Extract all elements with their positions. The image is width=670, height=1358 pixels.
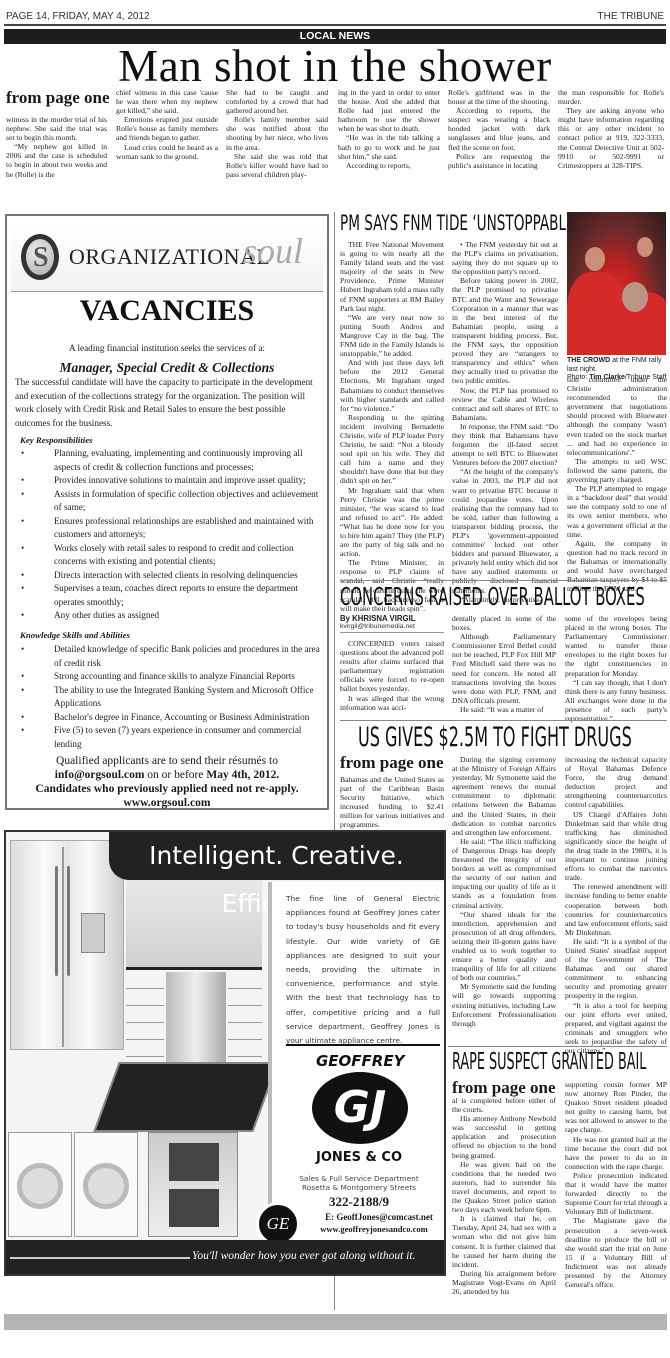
ad-banner: Intelligent. Creative. Efficient.: [109, 832, 444, 880]
drugs-headline-wrap: US GIVES $2.5M TO FIGHT DRUGS: [358, 722, 670, 754]
skills-heading: Knowledge Skills and Abilities: [20, 630, 130, 640]
bail-column-2: supporting cousin former MP now attorney…: [565, 1080, 667, 1289]
page-info: PAGE 14, FRIDAY, MAY 4, 2012: [6, 11, 150, 22]
lead-jump-label: from page one: [6, 88, 110, 108]
apply-email-link[interactable]: info@orgsoul.com: [55, 769, 145, 781]
cabinet-image: [228, 972, 262, 1072]
story-divider: [340, 580, 667, 581]
lead-column-6: the man responsible for Rolle's murder. …: [558, 88, 664, 170]
responsibilities-heading: Key Responsibilities: [20, 435, 93, 445]
bail-column-1: al is completed before either of the cou…: [452, 1096, 556, 1296]
ballot-headline-wrap: CONCERNS RAISED OVER BALLOT BOXES: [340, 582, 670, 612]
ballot-headline: CONCERNS RAISED OVER BALLOT BOXES: [340, 582, 558, 612]
author-email-link[interactable]: kvirgil@tribunemedia.net: [340, 623, 444, 633]
brand-bottom: JONES & CO: [272, 1150, 446, 1165]
list-item: Assists in formulation of specific colle…: [11, 488, 325, 515]
cooktop-image: [93, 1062, 278, 1132]
logo-script: soul: [243, 230, 303, 272]
lead-column-3: She had to be caught and comforted by a …: [226, 88, 328, 179]
fnm-headline: PM SAYS FNM TIDE ‘UNSTOPPABLE’: [340, 210, 578, 236]
lead-column-4: ing in the yard in order to enter the ho…: [338, 88, 440, 170]
ad-tagline-band: You'll wonder how you ever got along wit…: [6, 1240, 446, 1276]
gj-logo-icon: GJ: [312, 1072, 408, 1144]
ad-email-link[interactable]: E: GeoffJones@comcast.net: [312, 1212, 446, 1222]
list-item: The ability to use the Integrated Bankin…: [11, 684, 325, 711]
ad-text-panel: The fine line of General Electric applia…: [268, 882, 446, 1254]
list-item: Works closely with retail sales to respo…: [11, 542, 325, 569]
list-item: Strong accounting and finance skills to …: [11, 670, 325, 684]
list-item: Supervises a team, coaches direct report…: [11, 582, 325, 609]
cabinet-image: [126, 972, 164, 1072]
drugs-column-3: increasing the technical capacity of Roy…: [565, 755, 667, 1055]
position-description: The successful candidate will have the c…: [15, 376, 321, 430]
list-item: Five (5) to seven (7) years experience i…: [11, 724, 325, 751]
bail-headline: RAPE SUSPECT GRANTED BAIL: [452, 1048, 587, 1076]
logo-s-icon: S: [33, 242, 49, 274]
ge-appliance-ad[interactable]: Intelligent. Creative. Efficient. The fi…: [4, 830, 446, 1276]
crowd-photo[interactable]: [567, 212, 666, 355]
ad-tagline: You'll wonder how you ever got along wit…: [192, 1250, 415, 1262]
apply-instructions: Qualified applicants are to send their r…: [7, 754, 327, 810]
responsibilities-list: Planning, evaluating, implementing and c…: [11, 447, 325, 623]
drugs-headline: US GIVES $2.5M TO FIGHT DRUGS: [358, 722, 564, 754]
brand-top: GEOFFREY: [316, 1052, 404, 1070]
masthead-rule: [4, 24, 666, 26]
position-title: Manager, Special Credit & Collections: [7, 360, 327, 376]
washer-image: [8, 1132, 72, 1237]
lead-headline: Man shot in the shower: [0, 40, 670, 92]
ad-phone[interactable]: 322-2188/9: [272, 1194, 446, 1210]
website-link[interactable]: www.orgsoul.com: [7, 796, 327, 810]
vacancy-ad[interactable]: S ORGANIZATIONAL soul VACANCIES A leadin…: [5, 214, 329, 810]
list-item: Planning, evaluating, implementing and c…: [11, 447, 325, 474]
ballot-column-3: some of the envelopes being placed in th…: [565, 614, 667, 723]
list-item: Ensures professional relationships are e…: [11, 515, 325, 542]
ballot-column-1: CONCERNED voters raised questions about …: [340, 639, 444, 712]
dryer-image: [74, 1132, 138, 1237]
vacancy-intro: A leading financial institution seeks th…: [7, 342, 327, 356]
drugs-column-2: During the signing ceremony at the Minis…: [452, 755, 556, 1028]
fnm-column-1: THE Free National Movement is going to w…: [340, 240, 444, 613]
drugs-jump-label: from page one: [340, 753, 444, 773]
bail-jump-label: from page one: [452, 1078, 556, 1098]
bail-headline-wrap: RAPE SUSPECT GRANTED BAIL: [452, 1048, 670, 1076]
footer-bar: [4, 1314, 667, 1330]
organizational-soul-logo: S ORGANIZATIONAL soul: [11, 222, 323, 292]
lead-column-2: chief witness in this case 'cause he was…: [116, 88, 218, 161]
ad-body-text: The fine line of General Electric applia…: [286, 892, 440, 1048]
wall-oven-image: [148, 1132, 238, 1237]
vacancies-title: VACANCIES: [7, 294, 327, 328]
list-item: Directs interaction with selected client…: [11, 569, 325, 583]
drugs-column-1: Bahamas and the United States as part of…: [340, 775, 444, 830]
ballot-column-2: dentally placed in some of the boxes. Al…: [452, 614, 556, 714]
refrigerator-image: [10, 840, 124, 1050]
paper-name: THE TRIBUNE: [598, 11, 665, 22]
list-item: Detailed knowledge of specific Bank poli…: [11, 643, 325, 670]
list-item: Bachelor's degree in Finance, Accounting…: [11, 711, 325, 725]
story-divider: [448, 1046, 667, 1047]
fnm-column-3: tion committee under the Christie admini…: [567, 375, 667, 593]
ad-department: Sales & Full Service Department Rosetta …: [272, 1174, 446, 1192]
list-item: Any other duties as assigned: [11, 609, 325, 623]
ad-website-link[interactable]: www.geoffreyjonesandco.com: [302, 1224, 446, 1234]
logo-wordmark: ORGANIZATIONAL: [69, 244, 270, 270]
byline: By KHRISNA VIRGIL: [340, 614, 416, 623]
fnm-column-2: • The FNM yesterday hit out at the PLP's…: [452, 240, 558, 604]
lead-column-5: Rolle's girlfriend was in the house at t…: [448, 88, 550, 170]
dishwasher-image: [166, 972, 226, 1072]
list-item: Provides innovative solutions to maintai…: [11, 474, 325, 488]
lead-column-1: witness in the murder trial of his nephe…: [6, 115, 107, 179]
skills-list: Detailed knowledge of specific Bank poli…: [11, 643, 325, 751]
story-divider: [340, 720, 667, 721]
ad-rule: [286, 1044, 440, 1046]
